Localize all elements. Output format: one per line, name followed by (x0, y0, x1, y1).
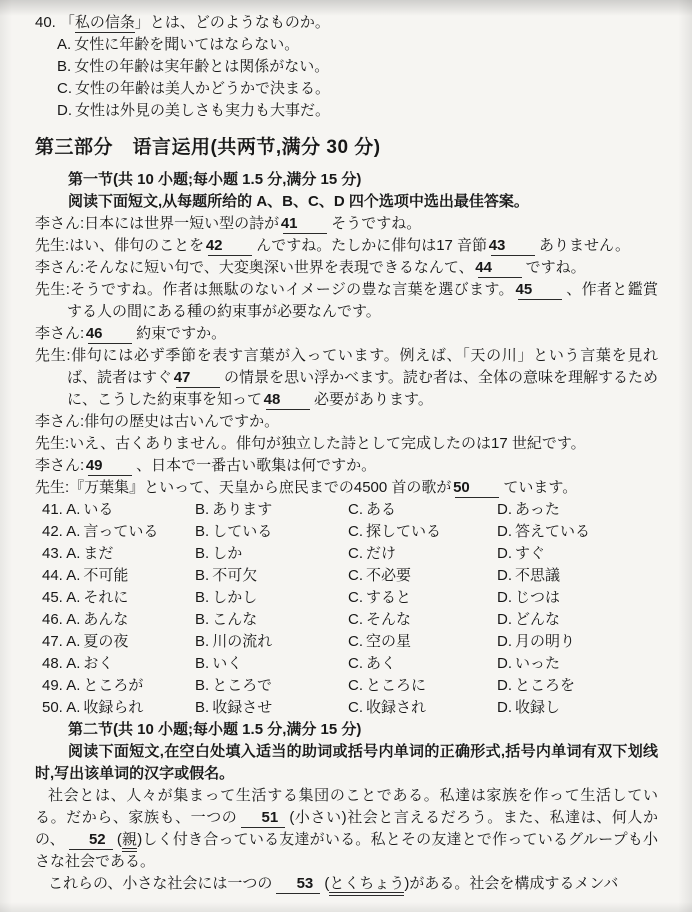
option-text: 言っている (83, 523, 158, 540)
option-label: A. (66, 545, 83, 562)
question-40-option-a: A.女性に年齢を聞いてはならない。 (57, 34, 658, 56)
question-number: 46. (42, 611, 63, 628)
option-text: 收録され (366, 699, 426, 716)
section1-instruction: 阅读下面短文,从每题所给的 A、B、C、D 四个选项中选出最佳答案。 (35, 191, 658, 213)
option-label: A. (66, 611, 83, 628)
question-40-stem: 40.「私の信条」とは、どのようなものか。 (35, 12, 658, 34)
option-label: C. (348, 677, 366, 694)
blank-44: 44 (478, 259, 522, 278)
option-text: 夏の夜 (83, 633, 128, 650)
option-cell: 49. A.ところが (42, 675, 195, 697)
option-cell: C.ある (348, 499, 497, 521)
option-cell: 50. A.收録られ (42, 697, 195, 719)
dialogue-line-5: 李さん:46約束ですか。 (35, 323, 658, 345)
option-cell: C.收録され (348, 697, 497, 719)
option-label: B. (195, 699, 212, 716)
option-cell: 45. A.それに (42, 587, 195, 609)
question-row-45: 45. A.それに B.しかし C.すると D.じつは (42, 587, 658, 609)
option-label: A. (66, 655, 83, 672)
part3-heading: 第三部分 语言运用(共两节,满分 30 分) (35, 135, 658, 161)
option-text: ある (366, 501, 396, 518)
blank-53: 53 (276, 875, 320, 894)
option-label: B. (195, 655, 212, 672)
dialogue-text: 俳句には必ず季節を表す言葉が入っています。例えば、「天の川」という言葉を見れば、… (67, 347, 658, 408)
option-label: B. (195, 633, 212, 650)
question-number: 42. (42, 523, 63, 540)
option-text: 探している (366, 523, 441, 540)
option-text: あんな (83, 611, 128, 628)
option-text: あく (366, 655, 396, 672)
question-row-46: 46. A.あんな B.こんな C.そんな D.どんな (42, 609, 658, 631)
section2-paragraph-1: 社会とは、人々が集まって生活する集団のことである。私達は家族を作って生活している… (35, 785, 658, 873)
question-40-number: 40. (35, 14, 60, 31)
option-text: しか (212, 545, 242, 562)
option-text: そんな (366, 611, 411, 628)
option-cell: C.すると (348, 587, 497, 609)
option-label: D. (57, 102, 75, 119)
option-label: A. (66, 567, 83, 584)
option-cell: C.あく (348, 653, 497, 675)
dialogue-text: 『万葉集』といって、天皇から庶民までの4500 首の歌が50ています。 (69, 479, 577, 496)
dialogue-line-7: 李さん:俳句の歴史は古いんですか。 (35, 411, 658, 433)
option-cell: 46. A.あんな (42, 609, 195, 631)
option-label: D. (497, 567, 515, 584)
dialogue-line-6: 先生:俳句には必ず季節を表す言葉が入っています。例えば、「天の川」という言葉を見… (35, 345, 658, 411)
option-cell: 42. A.言っている (42, 521, 195, 543)
option-cell: 41. A.いる (42, 499, 195, 521)
option-cell: C.空の星 (348, 631, 497, 653)
option-cell: D.あった (497, 499, 658, 521)
question-row-42: 42. A.言っている B.している C.探している D.答えている (42, 521, 658, 543)
question-number: 43. (42, 545, 63, 562)
option-text: こんな (212, 611, 257, 628)
dialogue-text: 49、日本で一番古い歌集は何ですか。 (84, 457, 376, 474)
option-text: まだ (83, 545, 113, 562)
option-cell: 43. A.まだ (42, 543, 195, 565)
option-text: ところに (366, 677, 426, 694)
option-cell: D.すぐ (497, 543, 658, 565)
question-number: 41. (42, 501, 63, 518)
question-row-48: 48. A.おく B.いく C.あく D.いった (42, 653, 658, 675)
option-cell: D.收録し (497, 697, 658, 719)
dialogue-text: はい、俳句のことを42んですね。たしかに俳句は17 音節43ありません。 (69, 237, 630, 254)
option-label: B. (195, 589, 212, 606)
option-cell: B.不可欠 (195, 565, 348, 587)
option-label: B. (195, 611, 212, 628)
option-text: ところが (83, 677, 143, 694)
question-number: 48. (42, 655, 63, 672)
option-text: あった (515, 501, 560, 518)
option-cell: C.探している (348, 521, 497, 543)
option-text: どんな (515, 611, 560, 628)
option-label: C. (348, 589, 366, 606)
blank-50: 50 (455, 479, 499, 498)
option-label: D. (497, 589, 515, 606)
option-text: 女性は外見の美しさも実力も大事だ。 (75, 102, 330, 119)
option-text: あります (212, 501, 272, 518)
option-text: 女性の年齢は美人かどうかで決まる。 (75, 80, 330, 97)
option-text: 收録させ (212, 699, 272, 716)
option-label: C. (348, 567, 366, 584)
dialogue-text: そんなに短い句で、大変奥深い世界を表現できるなんて、44ですね。 (84, 259, 585, 276)
option-text: 收録られ (83, 699, 143, 716)
option-cell: D.ところを (497, 675, 658, 697)
option-label: B. (195, 523, 212, 540)
dialogue-line-1: 李さん:日本には世界一短い型の詩が41そうですね。 (35, 213, 658, 235)
option-cell: C.そんな (348, 609, 497, 631)
option-label: D. (497, 633, 515, 650)
option-label: A. (57, 36, 74, 53)
option-cell: 47. A.夏の夜 (42, 631, 195, 653)
question-row-47: 47. A.夏の夜 B.川の流れ C.空の星 D.月の明り (42, 631, 658, 653)
question-40-stem-text: 「私の信条」とは、どのようなものか。 (60, 14, 330, 33)
blank-45: 45 (518, 281, 562, 300)
option-label: D. (497, 677, 515, 694)
option-label: A. (66, 677, 83, 694)
section2-title: 第二节(共 10 小题;每小题 1.5 分,满分 15 分) (35, 719, 658, 741)
question-40-option-d: D.女性は外見の美しさも実力も大事だ。 (57, 100, 658, 122)
option-cell: 44. A.不可能 (42, 565, 195, 587)
dialogue-line-8: 先生:いえ、古くありません。俳句が独立した詩として完成したのは17 世紀です。 (35, 433, 658, 455)
option-cell: B.こんな (195, 609, 348, 631)
speaker-label: 先生: (35, 479, 69, 496)
option-label: D. (497, 699, 515, 716)
option-cell: C.ところに (348, 675, 497, 697)
option-label: A. (66, 501, 83, 518)
option-cell: C.不必要 (348, 565, 497, 587)
dialogue-line-2: 先生:はい、俳句のことを42んですね。たしかに俳句は17 音節43ありません。 (35, 235, 658, 257)
option-text: ところを (515, 677, 575, 694)
option-text: おく (83, 655, 113, 672)
question-row-43: 43. A.まだ B.しか C.だけ D.すぐ (42, 543, 658, 565)
dialogue-line-9: 李さん:49、日本で一番古い歌集は何ですか。 (35, 455, 658, 477)
option-cell: B.ところで (195, 675, 348, 697)
option-label: B. (57, 58, 74, 75)
option-cell: B.あります (195, 499, 348, 521)
option-text: すると (366, 589, 411, 606)
blank-43: 43 (491, 237, 535, 256)
question-number: 50. (42, 699, 63, 716)
option-label: B. (195, 567, 212, 584)
question-number: 49. (42, 677, 63, 694)
option-cell: D.答えている (497, 521, 658, 543)
option-text: 女性に年齢を聞いてはならない。 (74, 36, 299, 53)
dialogue-line-3: 李さん:そんなに短い句で、大変奥深い世界を表現できるなんて、44ですね。 (35, 257, 658, 279)
option-cell: D.どんな (497, 609, 658, 631)
option-cell: 48. A.おく (42, 653, 195, 675)
blank-41: 41 (283, 215, 327, 234)
blank-49: 49 (88, 457, 132, 476)
option-text: 不可欠 (212, 567, 257, 584)
dialogue-line-10: 先生:『万葉集』といって、天皇から庶民までの4500 首の歌が50ています。 (35, 477, 658, 499)
option-text: だけ (366, 545, 396, 562)
option-label: D. (497, 655, 515, 672)
speaker-label: 李さん: (35, 259, 84, 276)
section2-paragraph-2: これらの、小さな社会には一つの53(とくちょう)がある。社会を構成するメンバ (35, 873, 658, 895)
blank-52: 52 (69, 831, 113, 850)
option-label: C. (348, 611, 366, 628)
option-label: C. (348, 699, 366, 716)
option-text: 女性の年齢は実年齢とは関係がない。 (74, 58, 329, 75)
cloze-dialogue: 李さん:日本には世界一短い型の詩が41そうですね。 先生:はい、俳句のことを42… (35, 213, 658, 499)
section1-title: 第一节(共 10 小题;每小题 1.5 分,满分 15 分) (35, 169, 658, 191)
option-text: じつは (515, 589, 560, 606)
dialogue-line-4: 先生:そうですね。作者は無駄のないイメージの豊な言葉を選びます。45、作者と鑑賞… (35, 279, 658, 323)
option-label: A. (66, 523, 83, 540)
option-text: している (212, 523, 272, 540)
speaker-label: 李さん: (35, 215, 84, 232)
option-text: 收録し (515, 699, 560, 716)
question-row-44: 44. A.不可能 B.不可欠 C.不必要 D.不思議 (42, 565, 658, 587)
option-label: C. (348, 633, 366, 650)
question-row-41: 41. A.いる B.あります C.ある D.あった (42, 499, 658, 521)
question-40-option-b: B.女性の年齢は実年齢とは関係がない。 (57, 56, 658, 78)
option-text: いく (212, 655, 242, 672)
option-text: それに (83, 589, 128, 606)
option-cell: B.している (195, 521, 348, 543)
option-cell: B.川の流れ (195, 631, 348, 653)
option-cell: C.だけ (348, 543, 497, 565)
option-label: D. (497, 523, 515, 540)
option-text: 月の明り (515, 633, 575, 650)
option-cell: D.月の明り (497, 631, 658, 653)
question-number: 44. (42, 567, 63, 584)
option-text: 答えている (515, 523, 590, 540)
option-label: D. (497, 611, 515, 628)
section2-instruction: 阅读下面短文,在空白处填入适当的助词或括号内单词的正确形式,括号内单词有双下划线… (35, 741, 658, 785)
option-cell: B.いく (195, 653, 348, 675)
speaker-label: 李さん: (35, 325, 84, 342)
option-text: いる (83, 501, 113, 518)
dialogue-text: いえ、古くありません。俳句が独立した詩として完成したのは17 世紀です。 (69, 435, 585, 452)
option-label: A. (66, 633, 83, 650)
option-label: C. (57, 80, 75, 97)
question-row-49: 49. A.ところが B.ところで C.ところに D.ところを (42, 675, 658, 697)
speaker-label: 先生: (35, 347, 71, 364)
speaker-label: 先生: (35, 435, 69, 452)
option-cell: B.しか (195, 543, 348, 565)
blank-46: 46 (88, 325, 132, 344)
option-label: C. (348, 523, 366, 540)
option-label: D. (497, 501, 515, 518)
option-label: B. (195, 501, 212, 518)
question-row-50: 50. A.收録られ B.收録させ C.收録され D.收録し (42, 697, 658, 719)
option-label: A. (66, 699, 83, 716)
option-text: ところで (212, 677, 272, 694)
option-text: 不必要 (366, 567, 411, 584)
dialogue-text: 日本には世界一短い型の詩が41そうですね。 (84, 215, 421, 232)
speaker-label: 先生: (35, 237, 69, 254)
blank-47: 47 (176, 369, 220, 388)
option-text: 不思議 (515, 567, 560, 584)
question-number: 47. (42, 633, 63, 650)
exam-page: 40.「私の信条」とは、どのようなものか。 A.女性に年齢を聞いてはならない。 … (0, 0, 692, 912)
dialogue-text: 46約束ですか。 (84, 325, 226, 342)
option-cell: D.いった (497, 653, 658, 675)
option-label: B. (195, 677, 212, 694)
option-cell: D.不思議 (497, 565, 658, 587)
double-underlined-text: 親 (122, 831, 137, 852)
question-40-option-c: C.女性の年齢は美人かどうかで決まる。 (57, 78, 658, 100)
blank-48: 48 (266, 391, 310, 410)
option-cell: B.しかし (195, 587, 348, 609)
option-text: すぐ (515, 545, 545, 562)
question-number: 45. (42, 589, 63, 606)
underlined-text: 私の信条 (75, 14, 135, 33)
option-text: 不可能 (83, 567, 128, 584)
speaker-label: 李さん: (35, 457, 84, 474)
option-label: D. (497, 545, 515, 562)
option-label: A. (66, 589, 83, 606)
speaker-label: 先生: (35, 281, 70, 298)
option-label: C. (348, 545, 366, 562)
option-cell: D.じつは (497, 587, 658, 609)
option-text: しかし (212, 589, 257, 606)
dialogue-text: 俳句の歴史は古いんですか。 (84, 413, 279, 430)
option-label: C. (348, 501, 366, 518)
option-text: 空の星 (366, 633, 411, 650)
dialogue-text: そうですね。作者は無駄のないイメージの豊な言葉を選びます。45、作者と鑑賞する人… (67, 281, 658, 320)
speaker-label: 李さん: (35, 413, 84, 430)
option-label: B. (195, 545, 212, 562)
option-text: いった (515, 655, 560, 672)
blank-51: 51 (241, 809, 285, 828)
double-underlined-text: とくちょう (329, 875, 404, 896)
option-label: C. (348, 655, 366, 672)
question-40: 40.「私の信条」とは、どのようなものか。 A.女性に年齢を聞いてはならない。 … (35, 12, 658, 122)
option-text: 川の流れ (212, 633, 272, 650)
blank-42: 42 (208, 237, 252, 256)
option-cell: B.收録させ (195, 697, 348, 719)
questions-41-50: 41. A.いる B.あります C.ある D.あった 42. A.言っている B… (35, 499, 658, 719)
